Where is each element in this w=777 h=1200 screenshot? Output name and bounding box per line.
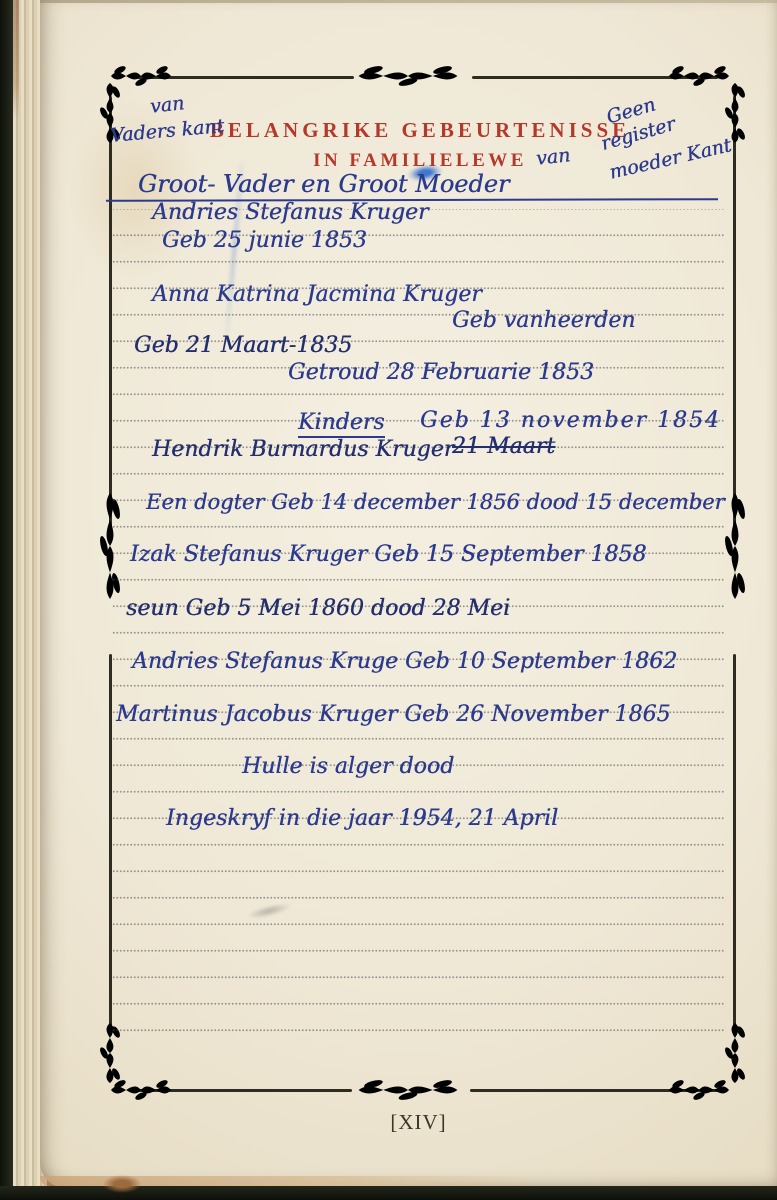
annotation-van-mid: van bbox=[535, 144, 571, 169]
entry-kinders-date: Geb 13 november 1854 bbox=[420, 408, 721, 433]
entry-anna-birth: Geb 21 Maart-1835 bbox=[134, 333, 352, 358]
entry-andries-birth: Geb 25 junie 1853 bbox=[162, 228, 367, 253]
book-cover-bottom-edge bbox=[0, 1186, 777, 1200]
entry-anna-name: Anna Katrina Jacmina Kruger bbox=[152, 282, 482, 307]
entry-izak: Izak Stefanus Kruger Geb 15 September 18… bbox=[130, 542, 646, 567]
page-top-edge bbox=[40, 0, 777, 3]
entry-dogter: Een dogter Geb 14 december 1856 dood 15 … bbox=[146, 490, 725, 514]
entry-martinus: Martinus Jacobus Kruger Geb 26 November … bbox=[116, 702, 671, 727]
page-number: [XIV] bbox=[112, 1110, 725, 1135]
annotation-van-top: van bbox=[149, 92, 185, 117]
entry-seun: seun Geb 5 Mei 1860 dood 28 Mei bbox=[126, 596, 510, 621]
border-right-lower-segment bbox=[733, 654, 736, 1036]
center-flourish-top bbox=[352, 63, 464, 89]
entry-marriage: Getroud 28 Februarie 1853 bbox=[288, 360, 594, 385]
entry-andries-name: Andries Stefanus Kruger bbox=[152, 200, 429, 225]
page-edge-tint bbox=[13, 0, 19, 120]
entry-andries2: Andries Stefanus Kruge Geb 10 September … bbox=[132, 649, 677, 674]
border-right-upper-segment bbox=[733, 96, 736, 538]
entry-hendrik-name: Hendrik Burnardus Kruger bbox=[152, 437, 454, 462]
handwritten-heading: Groot- Vader en Groot Moeder bbox=[138, 170, 509, 198]
book-scan: BELANGRIKE GEBEURTENISSE IN FAMILIELEWE … bbox=[0, 0, 777, 1200]
entry-geb-vanheerden: Geb vanheerden bbox=[452, 308, 635, 333]
entry-hendrik-struck-date: 21 Maart bbox=[452, 434, 555, 459]
book-cover-left-edge bbox=[0, 0, 13, 1200]
entry-kinders-label: Kinders bbox=[298, 410, 385, 438]
mid-flourish-right bbox=[722, 486, 748, 606]
center-flourish-bottom bbox=[352, 1077, 464, 1103]
entry-ingeskryf: Ingeskryf in die jaar 1954, 21 April bbox=[166, 806, 558, 831]
corner-flourish-bottom-right-v bbox=[722, 1016, 748, 1090]
entry-hulle-dood: Hulle is alger dood bbox=[242, 754, 454, 779]
